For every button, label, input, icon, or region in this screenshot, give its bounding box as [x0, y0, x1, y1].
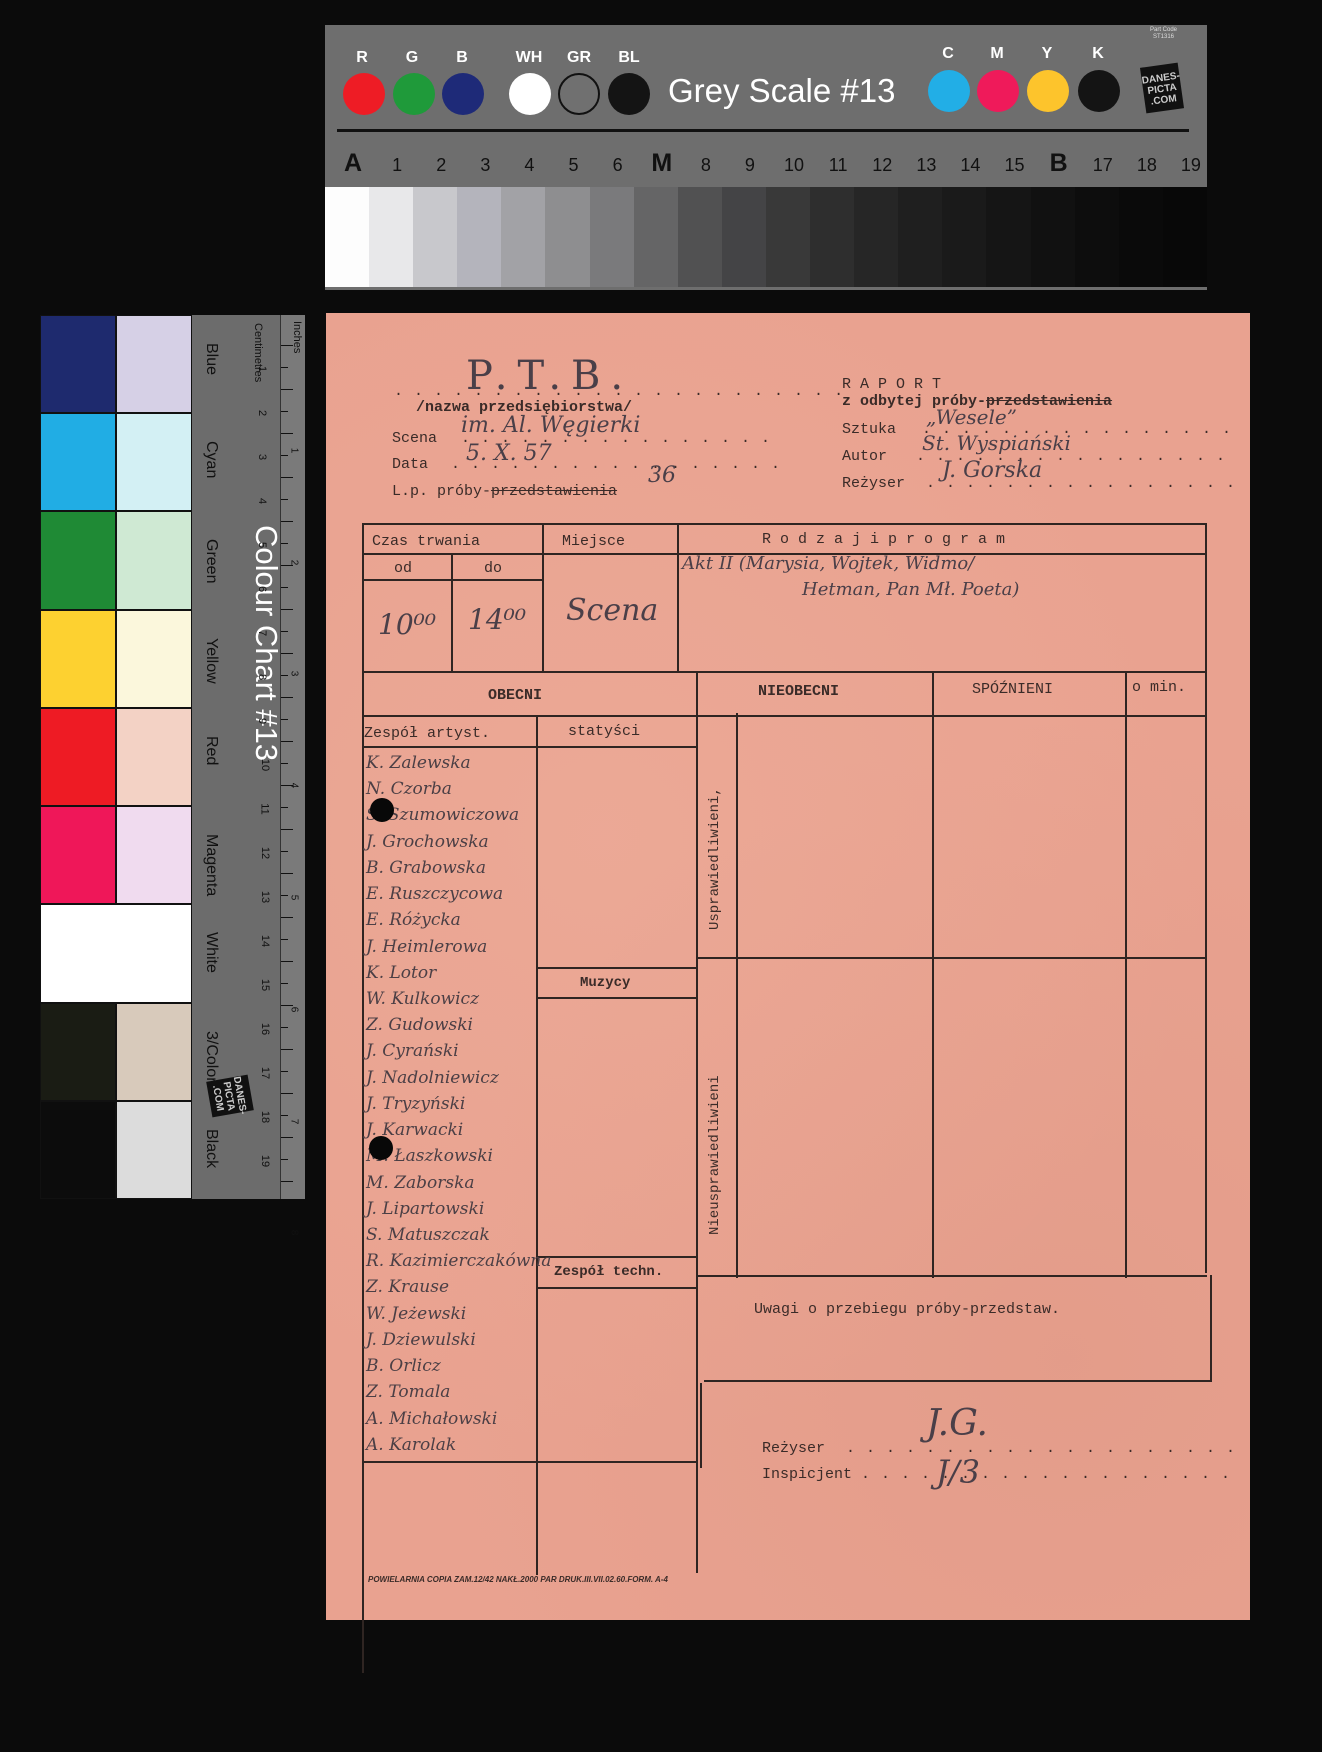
inch-mark: 6 — [288, 1007, 299, 1013]
ruler-tick — [281, 697, 293, 698]
colour-chart: Colour Chart #13 BlueCyanGreenYellowRedM… — [40, 315, 304, 1199]
white-patch — [509, 73, 551, 115]
grey-patch — [558, 73, 600, 115]
artist-name: J. Tryzyński — [366, 1094, 465, 1114]
grey-scale-step — [325, 187, 369, 287]
cyan-patch — [928, 70, 970, 112]
rule — [696, 957, 1207, 959]
grey-scale-step-label: A — [335, 149, 371, 178]
inches-label: Inches — [291, 321, 303, 353]
date-value: 5. X. 57 — [466, 441, 552, 466]
colour-name-label: Black — [202, 1129, 220, 1168]
cm-mark: 7 — [256, 630, 268, 636]
artist-name: J. Cyrański — [366, 1041, 459, 1061]
patch-label-r: R — [342, 49, 382, 67]
swatch-red-tint — [116, 708, 192, 806]
ruler-tick — [281, 895, 288, 896]
artist-name: A. Michałowski — [366, 1409, 497, 1429]
swatch-white — [40, 904, 192, 1002]
artist-name: E. Ruszczycowa — [366, 884, 503, 904]
artist-name: J. Lipartowski — [366, 1199, 484, 1219]
grey-scale-step — [810, 187, 854, 287]
black-patch — [608, 73, 650, 115]
ruler-tick — [281, 1071, 288, 1072]
rule — [1205, 523, 1207, 1273]
artist-name: J. Heimlerowa — [366, 937, 487, 957]
musicians-header: Muzycy — [580, 975, 630, 991]
inch-mark: 1 — [288, 448, 299, 454]
artist-name: S. Matuszczak — [366, 1225, 490, 1245]
blue-patch — [442, 73, 484, 115]
rehearsal-report-form: P.T.B. . . . . . . . . . . . . . . . . .… — [326, 313, 1250, 1620]
artist-name: Z. Tomala — [366, 1382, 450, 1402]
grey-scale-step-label: 15 — [997, 155, 1033, 176]
grey-scale-step — [457, 187, 501, 287]
minutes-header: o min. — [1132, 679, 1186, 696]
cm-mark: 19 — [259, 1155, 271, 1167]
report-title: R A P O R T — [842, 376, 941, 393]
grey-scale-step — [854, 187, 898, 287]
grey-scale-step-label: 4 — [511, 155, 547, 176]
cm-mark: 4 — [256, 498, 268, 504]
patch-label-m: M — [977, 45, 1017, 63]
artist-name: B. Grabowska — [366, 858, 486, 878]
printer-imprint: POWIELARNIA COPIA ZAM.12/42 NAKŁ.2000 PA… — [368, 1575, 668, 1584]
grey-scale-title: Grey Scale #13 — [668, 72, 895, 110]
colour-chart-title: Colour Chart #13 — [248, 525, 284, 761]
rule — [536, 997, 696, 999]
tech-team-header: Zespół techn. — [554, 1264, 663, 1280]
duration-header: Czas trwania — [372, 533, 480, 550]
grey-scale-step — [413, 187, 457, 287]
place-value: Scena — [566, 593, 658, 628]
artist-name: A. Karolak — [366, 1435, 456, 1455]
ruler-tick — [281, 499, 288, 500]
colour-chart-label-panel: Colour Chart #13 BlueCyanGreenYellowRedM… — [192, 315, 304, 1199]
grey-scale-step — [545, 187, 589, 287]
grey-scale-step-label: 9 — [732, 155, 768, 176]
inch-mark: 8 — [288, 1230, 299, 1236]
patch-label-g: G — [392, 49, 432, 67]
rule — [362, 1461, 696, 1463]
rule — [536, 1256, 696, 1258]
inch-mark: 3 — [288, 671, 299, 677]
scene-label: Scena — [392, 430, 437, 447]
centimetres-label: Centimetres — [252, 323, 264, 382]
artist-name: Z. Krause — [366, 1277, 449, 1297]
inch-mark: 5 — [288, 895, 299, 901]
grey-scale-target: Part Code ST1316 R G B WH GR BL Grey Sca… — [325, 25, 1207, 290]
grey-scale-step — [1075, 187, 1119, 287]
swatch-blue-solid — [40, 315, 116, 413]
green-patch — [393, 73, 435, 115]
grey-scale-step-label: 11 — [820, 155, 856, 176]
grey-scale-step — [501, 187, 545, 287]
rule — [677, 523, 679, 671]
swatch-red-solid — [40, 708, 116, 806]
late-header: SPÓŹNIENI — [972, 681, 1053, 698]
cm-mark: 16 — [259, 1023, 271, 1035]
grey-scale-step — [369, 187, 413, 287]
divider-rule — [337, 129, 1189, 132]
rule — [451, 553, 453, 671]
rehearsal-number-value: 36 — [648, 463, 676, 488]
cm-mark: 13 — [259, 891, 271, 903]
cm-mark: 9 — [256, 718, 268, 724]
colour-name-label: Magenta — [202, 834, 220, 896]
ruler-tick — [281, 411, 288, 412]
rule — [736, 713, 738, 1278]
magenta-patch — [977, 70, 1019, 112]
swatch-yellow-solid — [40, 610, 116, 708]
patch-label-gr: GR — [559, 49, 599, 67]
director-label: Reżyser — [842, 475, 905, 492]
swatch-blue-tint — [116, 315, 192, 413]
ruler-tick — [281, 1027, 288, 1028]
grey-scale-step-label: 18 — [1129, 155, 1165, 176]
cm-mark: 12 — [259, 847, 271, 859]
ruler-tick — [281, 653, 293, 654]
ruler-tick — [281, 917, 293, 918]
ruler-tick — [281, 587, 288, 588]
signature-director-label: Reżyser — [762, 1440, 825, 1457]
to-header: do — [484, 560, 502, 577]
cm-mark: 1 — [256, 366, 268, 372]
grey-scale-step-label: B — [1041, 149, 1077, 178]
director-value: J. Gorska — [942, 458, 1042, 483]
grey-scale-step-label: 6 — [600, 155, 636, 176]
author-value: St. Wyspiański — [922, 431, 1071, 455]
rule — [696, 1275, 1207, 1277]
grey-scale-step — [722, 187, 766, 287]
ruler-tick — [281, 741, 293, 742]
ruler-tick — [281, 829, 293, 830]
cm-mark: 15 — [259, 979, 271, 991]
rule — [932, 671, 934, 1278]
ruler-tick — [281, 939, 288, 940]
grey-scale-step-label: 3 — [467, 155, 503, 176]
colour-name-label: Green — [202, 539, 220, 583]
ruler-tick — [281, 631, 288, 632]
grey-scale-step-label: 2 — [423, 155, 459, 176]
ruler-tick — [281, 433, 293, 434]
rule — [536, 1287, 696, 1289]
artists-header: Zespół artyst. — [364, 725, 490, 742]
part-code-value: ST1316 — [1150, 34, 1177, 41]
colour-name-label: Yellow — [202, 638, 220, 684]
grey-scale-step-label: 14 — [952, 155, 988, 176]
date-label: Data — [392, 456, 428, 473]
cm-mark: 8 — [256, 674, 268, 680]
grey-scale-step — [1163, 187, 1207, 287]
from-header: od — [394, 560, 412, 577]
grey-scale-step — [590, 187, 634, 287]
swatch-magenta-tint — [116, 806, 192, 904]
punch-hole — [369, 1136, 393, 1160]
ruler-tick — [281, 675, 288, 676]
signature-stage-manager-label: Inspicjent — [762, 1466, 852, 1483]
ruler-tick — [281, 609, 293, 610]
program-value-line1: Akt II (Marysia, Wojtek, Widmo/ — [682, 553, 974, 574]
ruler-tick — [281, 455, 288, 456]
inch-mark: 4 — [288, 783, 299, 789]
colour-name-label: White — [202, 932, 220, 973]
excused-label: Usprawiedliwieni, — [707, 787, 723, 930]
swatch-3-color-tint — [116, 1003, 192, 1101]
swatch-black-solid — [40, 1101, 116, 1199]
rule — [362, 579, 544, 581]
rule — [362, 523, 1207, 525]
ruler-tick — [281, 389, 293, 390]
artist-name: Z. Gudowski — [366, 1015, 473, 1035]
punch-hole — [370, 798, 394, 822]
grey-scale-step-label: 19 — [1173, 155, 1209, 176]
grey-scale-step — [1031, 187, 1075, 287]
ruler: Inches 123456789101112131415161718191234… — [280, 315, 305, 1199]
cm-mark: 3 — [256, 454, 268, 460]
program-header: R o d z a j i p r o g r a m — [762, 531, 1005, 548]
swatch-green-solid — [40, 511, 116, 609]
colour-name-label: Blue — [202, 343, 220, 375]
grey-scale-step-label: 13 — [908, 155, 944, 176]
part-code-label: Part Code — [1150, 27, 1177, 34]
extras-header: statyści — [568, 723, 640, 740]
grey-scale-step-label: 5 — [556, 155, 592, 176]
grey-scale-step — [1119, 187, 1163, 287]
cm-mark: 11 — [259, 803, 271, 814]
ruler-tick — [281, 961, 293, 962]
artist-name: N. Czorba — [366, 779, 452, 799]
absent-header: NIEOBECNI — [758, 683, 839, 700]
rule — [362, 671, 1207, 673]
patch-label-wh: WH — [509, 49, 549, 67]
colour-name-label: Cyan — [202, 441, 220, 478]
grey-scale-step — [766, 187, 810, 287]
ruler-tick — [281, 1137, 293, 1138]
artist-name: J. Grochowska — [366, 832, 489, 852]
grey-scale-step — [986, 187, 1030, 287]
swatch-black-tint — [116, 1101, 192, 1199]
rule — [542, 523, 544, 671]
cm-mark: 18 — [259, 1111, 271, 1123]
artist-name: W. Kulkowicz — [366, 989, 479, 1009]
present-header: OBECNI — [488, 687, 542, 704]
patch-label-y: Y — [1027, 45, 1067, 63]
patch-label-bl: BL — [609, 49, 649, 67]
rehearsal-number-label: L.p. próby-przedstawienia — [392, 483, 617, 500]
unexcused-label: Nieusprawiedliwieni — [707, 1075, 723, 1235]
artist-name: M. Zaborska — [366, 1173, 475, 1193]
from-value: 10⁰⁰ — [378, 608, 436, 641]
black-k-patch — [1078, 70, 1120, 112]
artist-name: K. Lotor — [366, 963, 436, 983]
ruler-tick — [281, 1049, 293, 1050]
red-patch — [343, 73, 385, 115]
ruler-tick — [281, 873, 293, 874]
colour-name-label: Red — [202, 736, 220, 765]
artist-name: R. Kazimierczakówna — [366, 1251, 551, 1271]
part-code: Part Code ST1316 — [1150, 27, 1177, 41]
play-label: Sztuka — [842, 421, 896, 438]
ruler-tick — [281, 807, 288, 808]
artist-name: J. Dziewulski — [366, 1330, 476, 1350]
grey-scale-step-label: M — [644, 149, 680, 178]
grey-scale-step-label: 17 — [1085, 155, 1121, 176]
colour-name-label: 3/Color — [202, 1031, 220, 1083]
ruler-tick — [281, 763, 288, 764]
ruler-tick — [281, 543, 288, 544]
swatch-cyan-tint — [116, 413, 192, 511]
grey-scale-strip — [325, 187, 1207, 287]
swatch-green-tint — [116, 511, 192, 609]
cm-mark: 14 — [259, 935, 271, 947]
stage-manager-signature-dots: . . . . . . . . . . . . . . . . . . . — [861, 1466, 1231, 1483]
director-signature-dots: . . . . . . . . . . . . . . . . . . . . — [846, 1440, 1236, 1457]
scene-value: im. Al. Węgierki — [461, 413, 640, 438]
remarks-label: Uwagi o przebiegu próby-przedstaw. — [754, 1301, 1060, 1318]
inch-mark: 2 — [288, 559, 299, 565]
rule — [362, 523, 364, 1673]
grey-scale-step — [678, 187, 722, 287]
stage-manager-signature: J/3 — [936, 1453, 980, 1491]
rule — [1125, 671, 1127, 1278]
artist-name: B. Orlicz — [366, 1356, 441, 1376]
grey-scale-step-label: 8 — [688, 155, 724, 176]
ruler-tick — [281, 851, 288, 852]
danes-picta-logo: DANES-PICTA .COM — [1140, 63, 1184, 114]
to-value: 14⁰⁰ — [468, 603, 526, 636]
grey-scale-step-label: 1 — [379, 155, 415, 176]
grey-scale-step — [898, 187, 942, 287]
cm-mark: 2 — [256, 410, 268, 416]
grey-scale-step — [634, 187, 678, 287]
ruler-tick — [281, 367, 288, 368]
yellow-patch — [1027, 70, 1069, 112]
struck-word: przedstawienia — [491, 483, 617, 500]
ruler-tick — [281, 477, 293, 478]
ruler-tick — [281, 1181, 293, 1182]
company-dotted-line: . . . . . . . . . . . . . . . . . . . . … — [394, 383, 844, 400]
grey-scale-step-label: 10 — [776, 155, 812, 176]
rule — [362, 746, 696, 748]
ruler-tick — [281, 1159, 288, 1160]
swatch-3-color-solid — [40, 1003, 116, 1101]
artist-name: K. Zalewska — [366, 753, 471, 773]
swatch-yellow-tint — [116, 610, 192, 708]
rule — [362, 715, 1207, 717]
grey-scale-step-label: 12 — [864, 155, 900, 176]
rule — [696, 671, 698, 1573]
artist-name: E. Różycka — [366, 910, 461, 930]
rule — [536, 967, 696, 969]
rule — [700, 1383, 702, 1468]
ruler-tick — [281, 1115, 288, 1116]
rule — [1210, 1275, 1212, 1382]
patch-label-b: B — [442, 49, 482, 67]
ruler-tick — [281, 983, 288, 984]
rule — [536, 715, 538, 1575]
ruler-tick — [281, 1093, 293, 1094]
grey-scale-step — [942, 187, 986, 287]
ruler-tick — [281, 345, 293, 346]
ruler-tick — [281, 719, 288, 720]
rehearsal-label-text: L.p. próby- — [392, 483, 491, 500]
patch-label-c: C — [928, 45, 968, 63]
play-value: „Wesele” — [926, 405, 1017, 429]
cm-mark: 5 — [256, 542, 268, 548]
place-header: Miejsce — [562, 533, 625, 550]
swatch-magenta-solid — [40, 806, 116, 904]
artist-name: J. Nadolniewicz — [366, 1068, 499, 1088]
author-label: Autor — [842, 448, 887, 465]
program-value-line2: Hetman, Pan Mł. Poeta) — [802, 579, 1019, 600]
director-signature: J.G. — [926, 1403, 988, 1444]
cm-mark: 10 — [259, 759, 271, 771]
swatch-cyan-solid — [40, 413, 116, 511]
ruler-tick — [281, 521, 293, 522]
artist-name: W. Jeżewski — [366, 1304, 466, 1324]
cm-mark: 17 — [259, 1067, 271, 1079]
patch-label-k: K — [1078, 45, 1118, 63]
cm-mark: 6 — [256, 586, 268, 592]
rule — [704, 1380, 1212, 1382]
danes-picta-logo-2: DANES-PICTA .COM — [206, 1075, 254, 1118]
inch-mark: 7 — [288, 1118, 299, 1124]
